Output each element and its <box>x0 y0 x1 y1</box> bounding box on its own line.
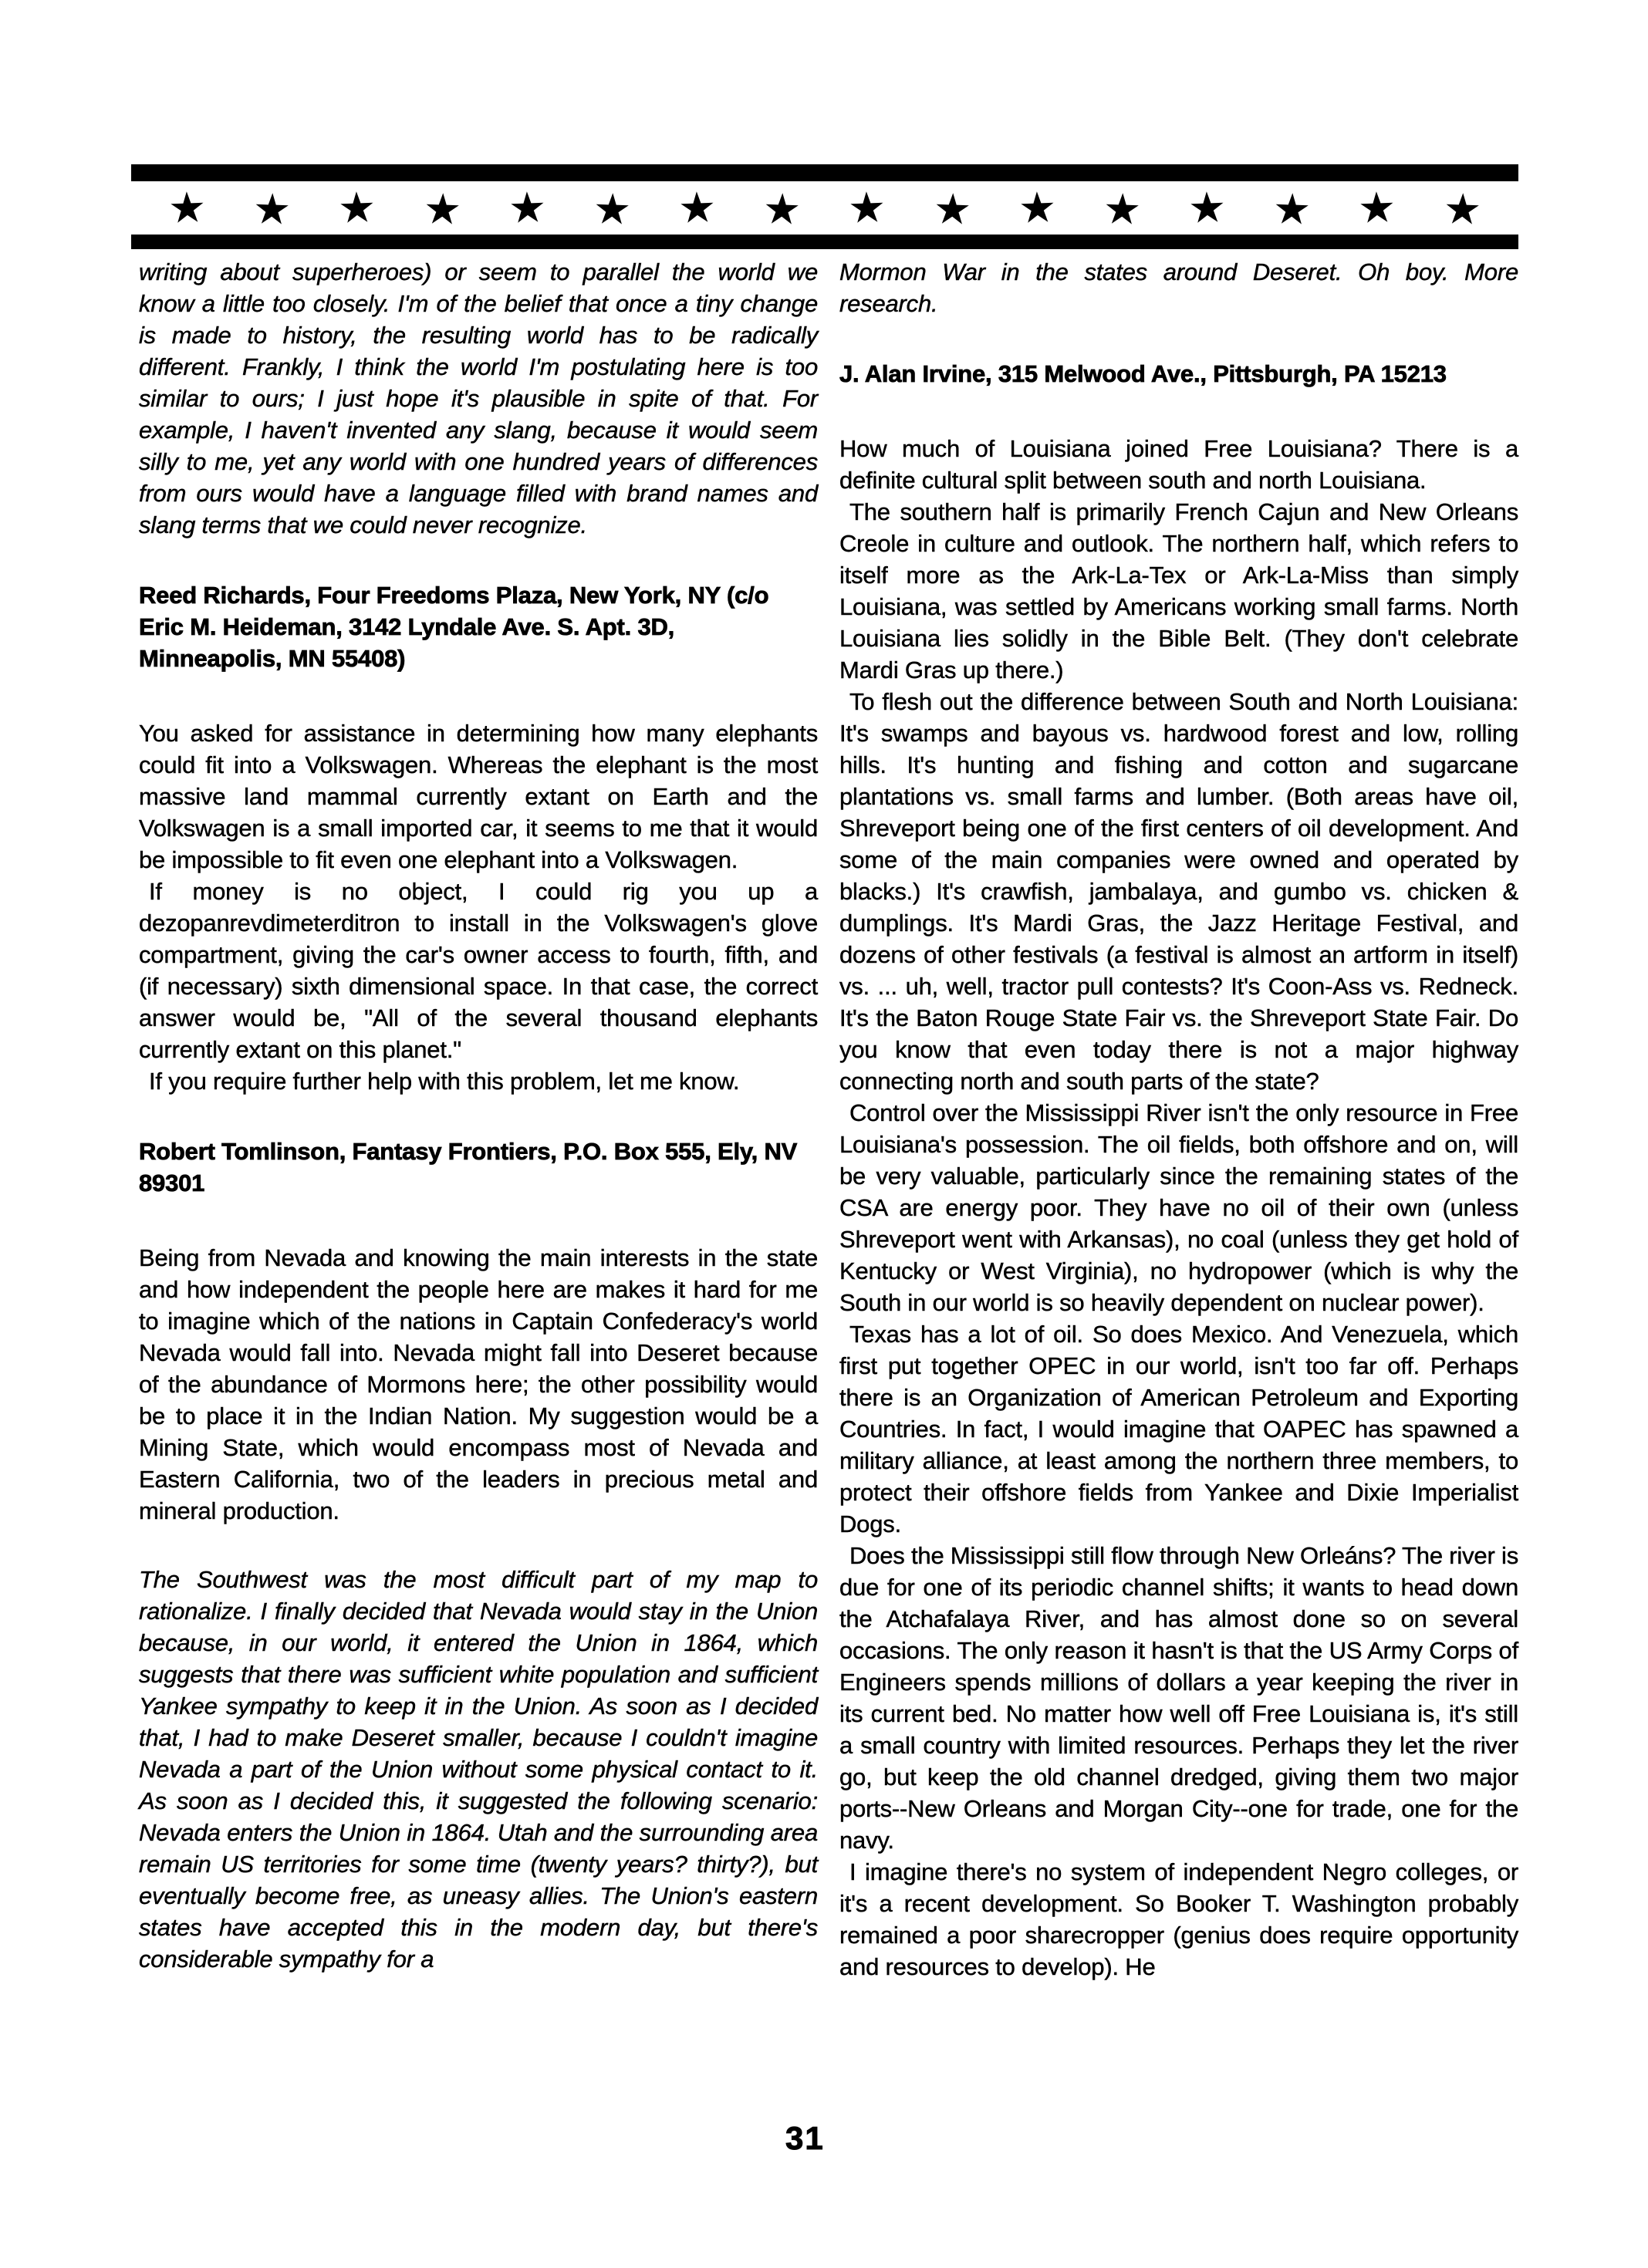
paragraph: The southern half is primarily French Ca… <box>839 496 1518 686</box>
paragraph: Control over the Mississippi River isn't… <box>839 1097 1518 1318</box>
paragraph: Texas has a lot of oil. So does Mexico. … <box>839 1318 1518 1540</box>
letter-heading-j-alan-irvine: J. Alan Irvine, 315 Melwood Ave., Pittsb… <box>839 358 1518 390</box>
star-icon: ★ <box>762 187 802 231</box>
star-icon: ★ <box>847 186 886 230</box>
paragraph-editor-comment: The Southwest was the most difficult par… <box>139 1564 818 1975</box>
star-icon: ★ <box>593 187 632 231</box>
paragraph-editor-comment: writing about superheroes) or seem to pa… <box>139 256 818 541</box>
star-icon: ★ <box>1272 187 1312 231</box>
column-right: Mormon War in the states around Deseret.… <box>839 256 1518 1983</box>
page: ★★★★★★★★★★★★★★★★ writing about superhero… <box>0 0 1648 2268</box>
paragraph: If money is no object, I could rig you u… <box>139 876 818 1065</box>
star-icon: ★ <box>1187 186 1227 230</box>
letter-heading-robert-tomlinson: Robert Tomlinson, Fantasy Frontiers, P.O… <box>139 1136 818 1199</box>
paragraph: Does the Mississippi still flow through … <box>839 1540 1518 1856</box>
star-icon: ★ <box>1018 186 1057 230</box>
paragraph: To flesh out the difference between Sout… <box>839 686 1518 1097</box>
bottom-rule <box>131 235 1518 249</box>
paragraph: If you require further help with this pr… <box>139 1065 818 1097</box>
page-number: 31 <box>785 2120 825 2157</box>
star-icon: ★ <box>1103 187 1142 231</box>
paragraph-editor-comment: Mormon War in the states around Deseret.… <box>839 256 1518 319</box>
star-icon: ★ <box>252 187 292 231</box>
star-icon: ★ <box>1357 186 1396 230</box>
star-icon: ★ <box>677 186 717 230</box>
star-icon: ★ <box>167 186 207 230</box>
star-icon: ★ <box>423 187 462 231</box>
paragraph: How much of Louisiana joined Free Louisi… <box>839 433 1518 496</box>
text-columns: writing about superheroes) or seem to pa… <box>139 256 1518 1983</box>
paragraph: You asked for assistance in determining … <box>139 717 818 876</box>
star-icon: ★ <box>508 186 547 230</box>
star-divider: ★★★★★★★★★★★★★★★★ <box>131 164 1518 249</box>
letter-heading-reed-richards: Reed Richards, Four Freedoms Plaza, New … <box>139 579 818 674</box>
column-left: writing about superheroes) or seem to pa… <box>139 256 818 1983</box>
top-rule <box>131 164 1518 181</box>
paragraph: I imagine there's no system of independe… <box>839 1856 1518 1983</box>
star-icon: ★ <box>933 187 972 231</box>
paragraph: Being from Nevada and knowing the main i… <box>139 1242 818 1527</box>
star-row: ★★★★★★★★★★★★★★★★ <box>131 181 1518 235</box>
star-icon: ★ <box>1443 187 1482 231</box>
star-icon: ★ <box>337 186 377 230</box>
